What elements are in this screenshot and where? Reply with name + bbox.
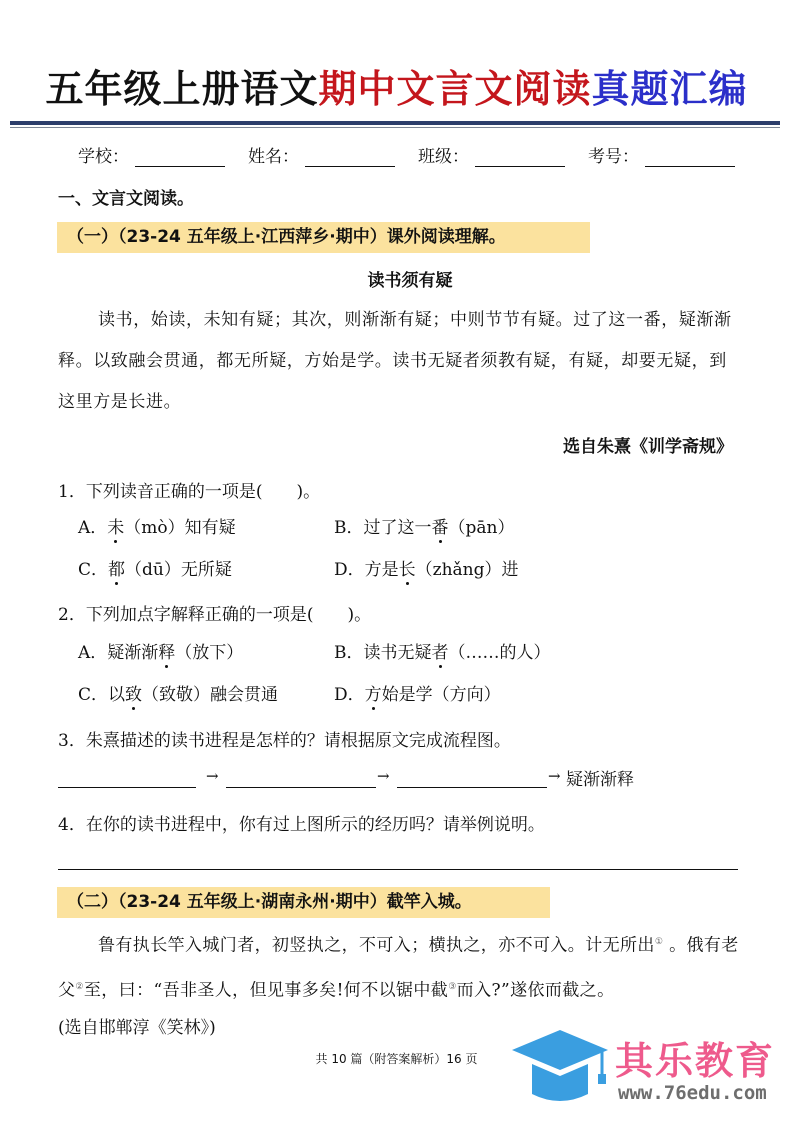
dotted-char: 致: [125, 680, 142, 705]
option-letter: A．: [78, 643, 107, 663]
q1-option-a[interactable]: A．未（mò）知有疑: [78, 513, 236, 538]
footnote-marker: ①: [655, 937, 663, 947]
dotted-char: 方: [365, 680, 382, 705]
q2-option-b[interactable]: B．读书无疑者（……的人）: [334, 638, 551, 663]
exam-number-field[interactable]: 考号：: [588, 142, 735, 167]
footnote-marker: ②: [75, 982, 83, 992]
exam-number-blank[interactable]: [645, 146, 735, 167]
class-field[interactable]: 班级：: [418, 142, 565, 167]
option-text: 以: [108, 685, 125, 705]
flow-blank-1[interactable]: [58, 787, 196, 788]
passage1-text: 读书，始读，未知有疑；其次，则渐渐有疑；中则节节有疑。过了这一番，疑渐渐释。以致…: [58, 300, 740, 423]
name-field[interactable]: 姓名：: [248, 142, 395, 167]
question-1-stem: 1．下列读音正确的一项是( )。: [58, 477, 320, 502]
passage2-line: 至，曰：“吾非圣人，但见事多矣!何不以锯中截: [84, 980, 448, 1000]
q4-answer-line[interactable]: [58, 869, 738, 870]
brand-name: 其乐教育: [615, 1030, 775, 1085]
option-text: 方是: [365, 560, 399, 580]
arrow-right-icon: →: [377, 767, 390, 785]
q1-option-c[interactable]: C．都（dū）无所疑: [78, 555, 232, 580]
title-part-black: 五年级上册语文: [45, 66, 318, 111]
option-letter: D．: [334, 560, 365, 580]
q2-option-d[interactable]: D．方始是学（方向）: [334, 680, 501, 705]
question-4-stem: 4．在你的读书进程中，你有过上图所示的经历吗？请举例说明。: [58, 810, 545, 835]
title-part-blue: 真题汇编: [592, 66, 748, 111]
option-text: （pān）: [449, 518, 515, 538]
arrow-right-icon: →: [206, 767, 219, 785]
passage2-line: 而入?”遂依而截之。: [457, 980, 615, 1000]
passage2-line: 。: [663, 936, 686, 956]
arrow-right-icon: →: [548, 767, 561, 785]
school-field[interactable]: 学校：: [78, 142, 225, 167]
passage1-banner: （一）（23-24 五年级上·江西萍乡·期中）课外阅读理解。: [57, 222, 590, 253]
dotted-char: 者: [432, 638, 449, 663]
option-text: 过了这一: [364, 518, 432, 538]
q1-option-b[interactable]: B．过了这一番（pān）: [334, 513, 514, 538]
name-blank[interactable]: [305, 146, 395, 167]
brand-url[interactable]: www.76edu.com: [618, 1082, 767, 1104]
passage1-source: 选自朱熹《训学斋规》: [563, 432, 733, 457]
flow-blank-2[interactable]: [226, 787, 376, 788]
flowchart: → → → 疑渐渐释: [58, 765, 758, 795]
option-text: （致敬）融会贯通: [142, 685, 278, 705]
class-blank[interactable]: [475, 146, 565, 167]
dotted-char: 释: [158, 638, 175, 663]
school-blank[interactable]: [135, 146, 225, 167]
question-3-stem: 3．朱熹描述的读书进程是怎样的？请根据原文完成流程图。: [58, 726, 511, 751]
dotted-char: 未: [107, 513, 124, 538]
footnote-marker: ③: [448, 982, 456, 992]
section-heading: 一、文言文阅读。: [58, 184, 194, 209]
q2-option-c[interactable]: C．以致（致敬）融会贯通: [78, 680, 278, 705]
passage2-text: 鲁有执长竿入城门者，初竖执之，不可入；横执之，亦不可入。计无所出① 。俄有老父②…: [58, 922, 740, 1011]
option-text: （mò）知有疑: [124, 518, 235, 538]
q1-option-d[interactable]: D．方是长（zhǎng）进: [334, 555, 519, 580]
school-label: 学校：: [78, 142, 129, 167]
passage2-source: (选自邯郸淳《笑林》): [58, 1013, 216, 1038]
dotted-char: 都: [108, 555, 125, 580]
option-letter: B．: [334, 643, 364, 663]
passage2-line: 鲁有执长竿入城门者，初竖执之，不可入；横执之，亦不可入。计无所出: [98, 936, 655, 956]
option-letter: A．: [78, 518, 107, 538]
dotted-char: 番: [432, 513, 449, 538]
graduation-cap-icon: [510, 1028, 610, 1108]
option-text: 读书无疑: [364, 643, 432, 663]
exam-number-label: 考号：: [588, 142, 639, 167]
option-text: 始是学（方向）: [382, 685, 501, 705]
option-letter: D．: [334, 685, 365, 705]
dotted-char: 长: [399, 555, 416, 580]
option-text: （dū）无所疑: [125, 560, 232, 580]
option-letter: C．: [78, 685, 108, 705]
q2-option-a[interactable]: A．疑渐渐释（放下）: [78, 638, 243, 663]
flow-blank-3[interactable]: [397, 787, 547, 788]
option-text: （zhǎng）进: [416, 560, 519, 580]
option-letter: C．: [78, 560, 108, 580]
brand-logo: 其乐教育 www.76edu.com: [510, 1022, 793, 1122]
passage1-title: 读书须有疑: [0, 266, 793, 291]
title-rule-thick: [10, 121, 780, 125]
option-letter: B．: [334, 518, 364, 538]
option-text: 疑渐渐: [107, 643, 158, 663]
class-label: 班级：: [418, 142, 469, 167]
title-rule-thin: [10, 127, 780, 128]
option-text: （放下）: [175, 643, 243, 663]
passage2-banner: （二）（23-24 五年级上·湖南永州·期中）截竿入城。: [57, 887, 550, 918]
title-part-red: 期中文言文阅读: [318, 66, 591, 111]
document-title: 五年级上册语文期中文言文阅读真题汇编: [0, 58, 793, 113]
flow-end-label: 疑渐渐释: [566, 765, 634, 790]
option-text: （……的人）: [449, 643, 551, 663]
name-label: 姓名：: [248, 142, 299, 167]
question-2-stem: 2．下列加点字解释正确的一项是( )。: [58, 600, 371, 625]
